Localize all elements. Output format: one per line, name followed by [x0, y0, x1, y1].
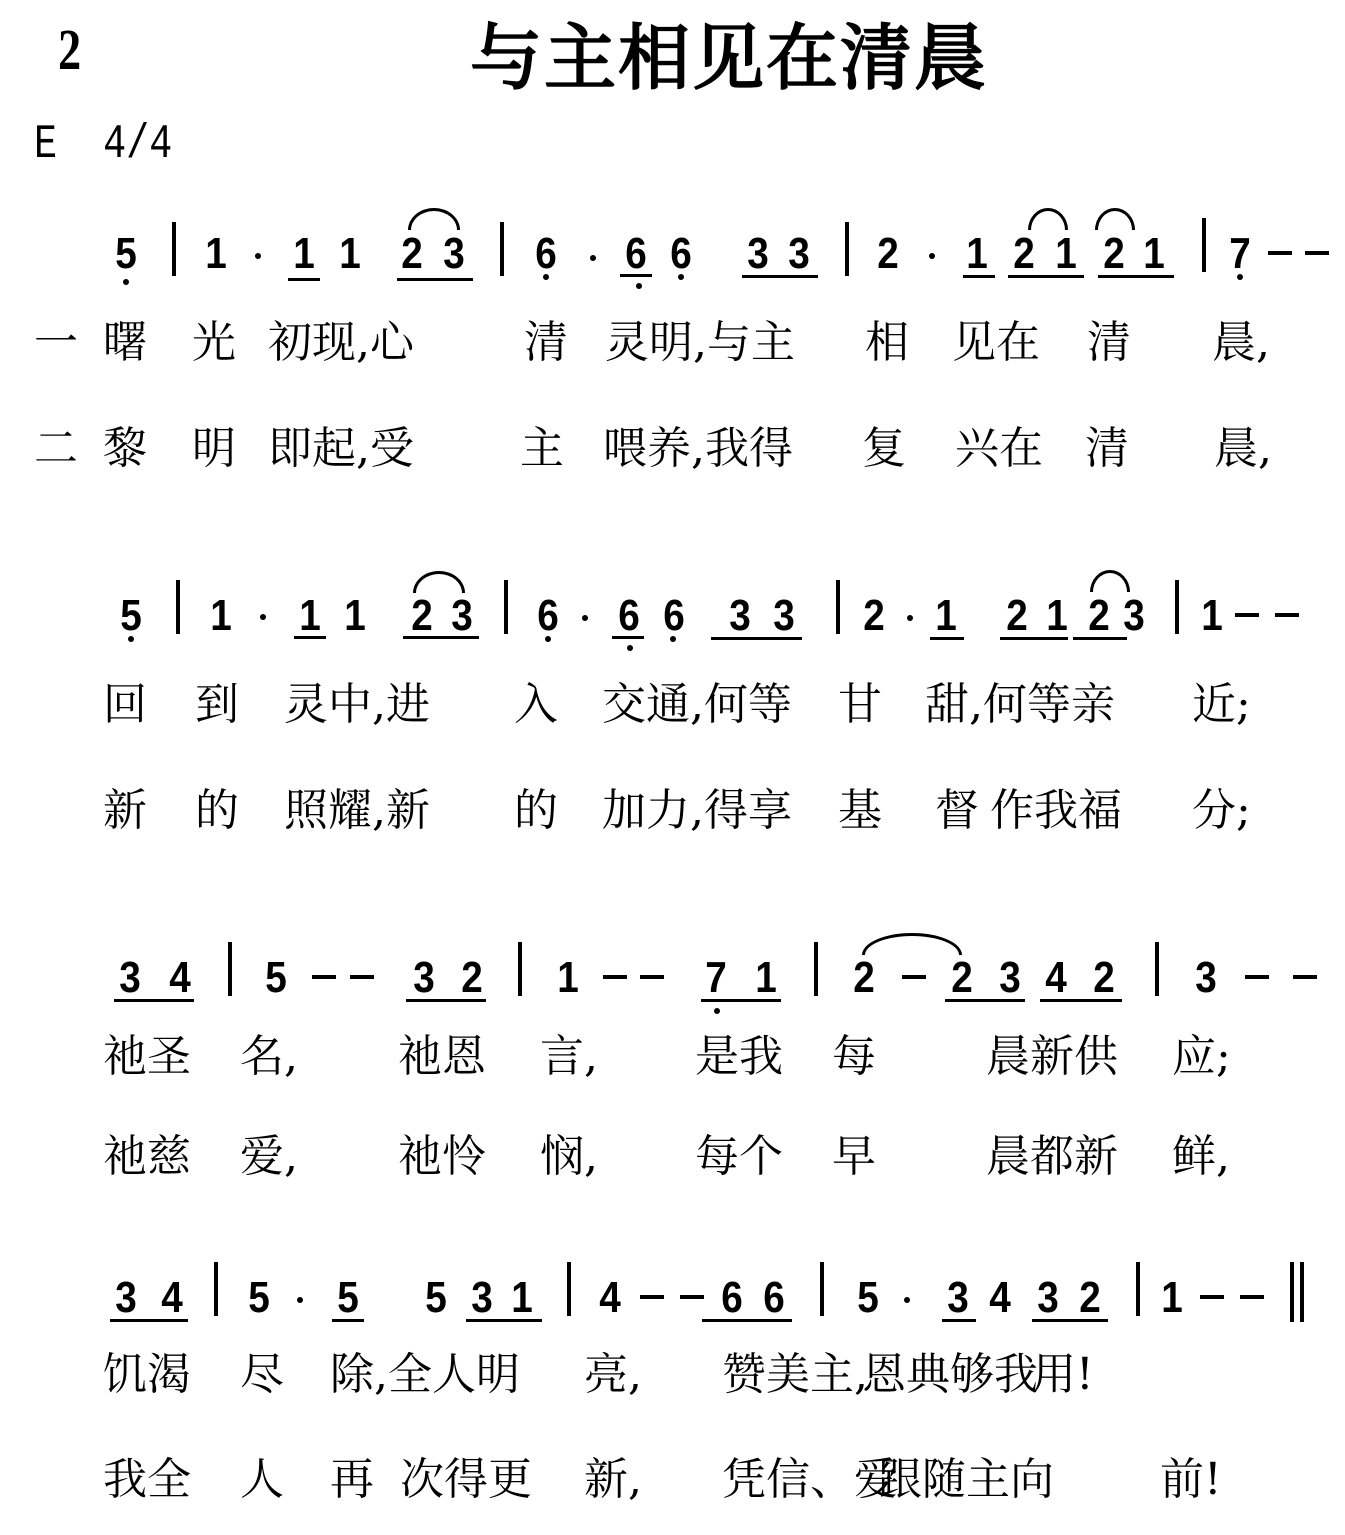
lyric-syllable: 曙: [103, 318, 147, 368]
lyric-syllable: 晨,: [1214, 424, 1272, 474]
note: 1: [1200, 594, 1225, 638]
slur: [408, 208, 460, 230]
note: 2: [876, 232, 901, 276]
lyric-syllable: 即起,受: [268, 424, 414, 474]
extension-dash: [640, 975, 664, 979]
barline: [500, 222, 504, 276]
extension-dash: [350, 975, 374, 979]
lyric-syllable: 照耀,新: [284, 786, 430, 836]
low-octave-dot: [678, 274, 684, 280]
note: 3: [1122, 594, 1147, 638]
lyric-syllable: 兴在: [955, 424, 1043, 474]
note: 5: [336, 1276, 361, 1320]
note: 7: [1228, 232, 1253, 276]
note: 5: [856, 1276, 881, 1320]
verse-number: 二: [34, 424, 78, 474]
note: 5: [114, 232, 139, 276]
barline: [214, 1262, 218, 1316]
note: 1: [754, 956, 779, 1000]
lyric-syllable: 人: [240, 1455, 284, 1505]
eighth-underline: [726, 637, 802, 640]
barline: [1155, 942, 1159, 996]
extension-dash: [603, 975, 627, 979]
lyric-syllable: 言,: [540, 1032, 598, 1082]
note: 3: [450, 594, 475, 638]
augmentation-dot: [582, 615, 588, 621]
lyric-syllable: 分;: [1192, 786, 1251, 836]
barline: [820, 1262, 824, 1316]
barline: [567, 1262, 571, 1316]
lyric-syllable: 督: [935, 786, 979, 836]
eighth-underline: [716, 1319, 792, 1322]
eighth-underline: [742, 275, 818, 278]
low-octave-dot: [670, 636, 676, 642]
augmentation-dot: [907, 615, 913, 621]
note: 1: [209, 594, 234, 638]
lyric-syllable: 交通,何等: [602, 680, 792, 730]
lyric-syllable: 主,: [810, 1350, 868, 1400]
note: 5: [264, 956, 289, 1000]
hymn-title: 与主相见在清晨: [470, 16, 988, 100]
eighth-underline: [1008, 275, 1084, 278]
slur: [413, 571, 465, 593]
note: 3: [412, 956, 437, 1000]
augmentation-dot: [260, 614, 266, 620]
lyric-syllable: 悯,: [540, 1132, 598, 1182]
eighth-underline: [114, 999, 194, 1002]
extension-dash: [1268, 251, 1292, 255]
lyric-syllable: 次得更: [400, 1455, 532, 1505]
lyric-syllable: 到: [195, 680, 239, 730]
low-octave-dot: [128, 636, 134, 642]
note: 6: [762, 1276, 787, 1320]
lyric-syllable: 尽: [240, 1350, 284, 1400]
note: 3: [746, 232, 771, 276]
note: 5: [424, 1276, 449, 1320]
lyric-syllable: 基: [838, 786, 882, 836]
lyric-syllable: 早: [832, 1132, 876, 1182]
barline: [228, 942, 232, 996]
low-octave-dot: [636, 283, 642, 289]
verse-number: 一: [34, 318, 78, 368]
extension-dash: [1245, 975, 1269, 979]
note: 6: [536, 594, 561, 638]
eighth-underline: [1032, 1319, 1108, 1322]
tie: [862, 933, 962, 955]
lyric-syllable: 黎: [103, 424, 147, 474]
lyric-syllable: 是我: [695, 1032, 783, 1082]
note: 2: [862, 594, 887, 638]
note: 4: [168, 956, 193, 1000]
note: 2: [1087, 594, 1112, 638]
extension-dash: [902, 975, 926, 979]
note: 3: [772, 594, 797, 638]
note: 1: [204, 232, 229, 276]
note: 5: [119, 594, 144, 638]
eighth-underline: [406, 999, 486, 1002]
barline: [1175, 580, 1179, 634]
extension-dash: [1200, 1295, 1224, 1299]
note: 2: [1078, 1276, 1103, 1320]
augmentation-dot: [590, 255, 596, 261]
eighth-underline: [930, 637, 964, 640]
note: 3: [114, 1276, 139, 1320]
low-octave-dot: [543, 274, 549, 280]
final-barline-thin: [1290, 1262, 1294, 1322]
barline: [836, 580, 840, 634]
lyric-syllable: 晨新供: [986, 1032, 1118, 1082]
hymn-number: 2: [58, 20, 81, 80]
lyric-syllable: 新: [103, 786, 147, 836]
eighth-underline: [110, 1319, 188, 1322]
note: 3: [946, 1276, 971, 1320]
note: 2: [1005, 594, 1030, 638]
note: 1: [1160, 1276, 1185, 1320]
eighth-underline: [963, 275, 995, 278]
extension-dash: [1240, 1295, 1264, 1299]
extension-dash: [1235, 613, 1259, 617]
lyric-syllable: 作我福: [990, 786, 1122, 836]
slur: [1095, 208, 1135, 230]
lyric-syllable: 甜,何等亲: [925, 680, 1115, 730]
lyric-syllable: 晨,: [1212, 318, 1270, 368]
extension-dash: [312, 975, 336, 979]
note: 1: [934, 594, 959, 638]
low-octave-dot: [123, 279, 129, 285]
low-octave-dot: [714, 1008, 720, 1014]
barline: [172, 222, 176, 276]
note: 1: [1054, 232, 1079, 276]
lyric-syllable: 饥渴: [103, 1350, 191, 1400]
lyric-syllable: 甘: [838, 680, 882, 730]
barline: [1136, 1262, 1140, 1316]
lyric-syllable: 回: [103, 680, 147, 730]
note: 2: [1102, 232, 1127, 276]
note: 6: [669, 232, 694, 276]
eighth-underline: [403, 636, 479, 639]
lyric-syllable: 初现,心: [268, 318, 414, 368]
slur: [1090, 570, 1130, 592]
extension-dash: [1275, 613, 1299, 617]
note: 2: [460, 956, 485, 1000]
eighth-underline: [612, 636, 644, 639]
lyric-syllable: 祂怜: [398, 1132, 486, 1182]
note: 1: [1142, 232, 1167, 276]
note: 2: [852, 956, 877, 1000]
lyric-syllable: 灵中,进: [284, 680, 430, 730]
lyric-syllable: 光: [192, 318, 236, 368]
note: 5: [247, 1276, 272, 1320]
lyric-syllable: 祂圣: [103, 1032, 191, 1082]
barline: [176, 580, 180, 634]
note: 2: [1012, 232, 1037, 276]
augmentation-dot: [904, 1297, 910, 1303]
lyric-syllable: 的: [514, 786, 558, 836]
note: 1: [292, 232, 317, 276]
barline: [814, 942, 818, 996]
eighth-underline: [1098, 275, 1174, 278]
note: 6: [624, 232, 649, 276]
eighth-underline: [466, 1319, 542, 1322]
lyric-syllable: 晨都新: [986, 1132, 1118, 1182]
augmentation-dot: [929, 253, 935, 259]
extension-dash: [680, 1295, 704, 1299]
lyric-syllable: 清: [1087, 318, 1131, 368]
eighth-underline: [942, 1319, 976, 1322]
barline: [1202, 218, 1206, 272]
lyric-syllable: 应;: [1172, 1032, 1231, 1082]
lyric-syllable: 亮,: [584, 1350, 642, 1400]
note: 2: [410, 594, 435, 638]
note: 6: [720, 1276, 745, 1320]
lyric-syllable: 主: [520, 424, 564, 474]
note: 1: [965, 232, 990, 276]
note: 6: [617, 594, 642, 638]
note: 4: [598, 1276, 623, 1320]
lyric-syllable: 的: [195, 786, 239, 836]
eighth-underline: [1000, 637, 1068, 640]
eighth-underline: [620, 274, 652, 277]
eighth-underline: [945, 999, 1025, 1002]
lyric-syllable: 除,全人明: [330, 1350, 520, 1400]
note: 3: [470, 1276, 495, 1320]
lyric-syllable: 入: [514, 680, 558, 730]
note: 2: [1092, 956, 1117, 1000]
barline: [504, 580, 508, 634]
lyric-syllable: 相: [865, 318, 909, 368]
lyric-syllable: 鲜,: [1172, 1132, 1230, 1182]
key-time-signature: E 4/4: [34, 118, 172, 172]
slur: [1028, 208, 1068, 230]
note: 3: [1194, 956, 1219, 1000]
lyric-syllable: 喂养,我得: [603, 424, 793, 474]
eighth-underline: [288, 278, 320, 281]
lyric-syllable: 再: [330, 1455, 374, 1505]
note: 4: [160, 1276, 185, 1320]
eighth-underline: [701, 999, 781, 1002]
note: 2: [400, 232, 425, 276]
eighth-underline: [332, 1319, 364, 1322]
lyric-syllable: 用!: [1032, 1350, 1094, 1400]
lyric-syllable: 爱,: [240, 1132, 298, 1182]
extension-dash: [1293, 975, 1317, 979]
lyric-syllable: 明: [192, 424, 236, 474]
lyric-syllable: 凭信、爱: [722, 1455, 898, 1505]
note: 3: [1036, 1276, 1061, 1320]
final-barline-thick: [1300, 1262, 1304, 1322]
lyric-syllable: 加力,得享: [602, 786, 792, 836]
lyric-syllable: 赞美: [722, 1350, 810, 1400]
low-octave-dot: [1237, 274, 1243, 280]
note: 1: [510, 1276, 535, 1320]
augmentation-dot: [297, 1297, 303, 1303]
extension-dash: [640, 1295, 664, 1299]
lyric-syllable: 灵明,与主: [605, 318, 795, 368]
note: 1: [298, 594, 323, 638]
lyric-syllable: 恩典够我: [862, 1350, 1038, 1400]
lyric-syllable: 我全: [103, 1455, 191, 1505]
note: 3: [728, 594, 753, 638]
lyric-syllable: 近;: [1192, 680, 1251, 730]
note: 7: [704, 956, 729, 1000]
augmentation-dot: [255, 253, 261, 259]
note: 3: [998, 956, 1023, 1000]
barline: [518, 942, 522, 996]
lyric-syllable: 新,: [584, 1455, 642, 1505]
eighth-underline: [294, 636, 326, 639]
lyric-syllable: 跟随主向: [878, 1455, 1054, 1505]
note: 6: [662, 594, 687, 638]
low-octave-dot: [627, 645, 633, 651]
eighth-underline: [1040, 999, 1122, 1002]
lyric-syllable: 祂恩: [398, 1032, 486, 1082]
note: 3: [787, 232, 812, 276]
note: 3: [442, 232, 467, 276]
note: 6: [534, 232, 559, 276]
lyric-syllable: 每: [832, 1032, 876, 1082]
note: 3: [118, 956, 143, 1000]
lyric-syllable: 祂慈: [103, 1132, 191, 1182]
note: 4: [1044, 956, 1069, 1000]
lyric-syllable: 见在: [952, 318, 1040, 368]
eighth-underline: [397, 278, 473, 281]
note: 2: [950, 956, 975, 1000]
lyric-syllable: 每个: [695, 1132, 783, 1182]
lyric-syllable: 复: [862, 424, 906, 474]
barline: [845, 222, 849, 276]
low-octave-dot: [545, 636, 551, 642]
note: 1: [1045, 594, 1070, 638]
lyric-syllable: 清: [524, 318, 568, 368]
note: 1: [343, 594, 368, 638]
lyric-syllable: 前!: [1160, 1455, 1222, 1505]
note: 1: [338, 232, 363, 276]
extension-dash: [1305, 251, 1329, 255]
lyric-syllable: 清: [1085, 424, 1129, 474]
note: 4: [988, 1276, 1013, 1320]
note: 1: [556, 956, 581, 1000]
eighth-underline: [1073, 637, 1127, 640]
lyric-syllable: 名,: [240, 1032, 298, 1082]
